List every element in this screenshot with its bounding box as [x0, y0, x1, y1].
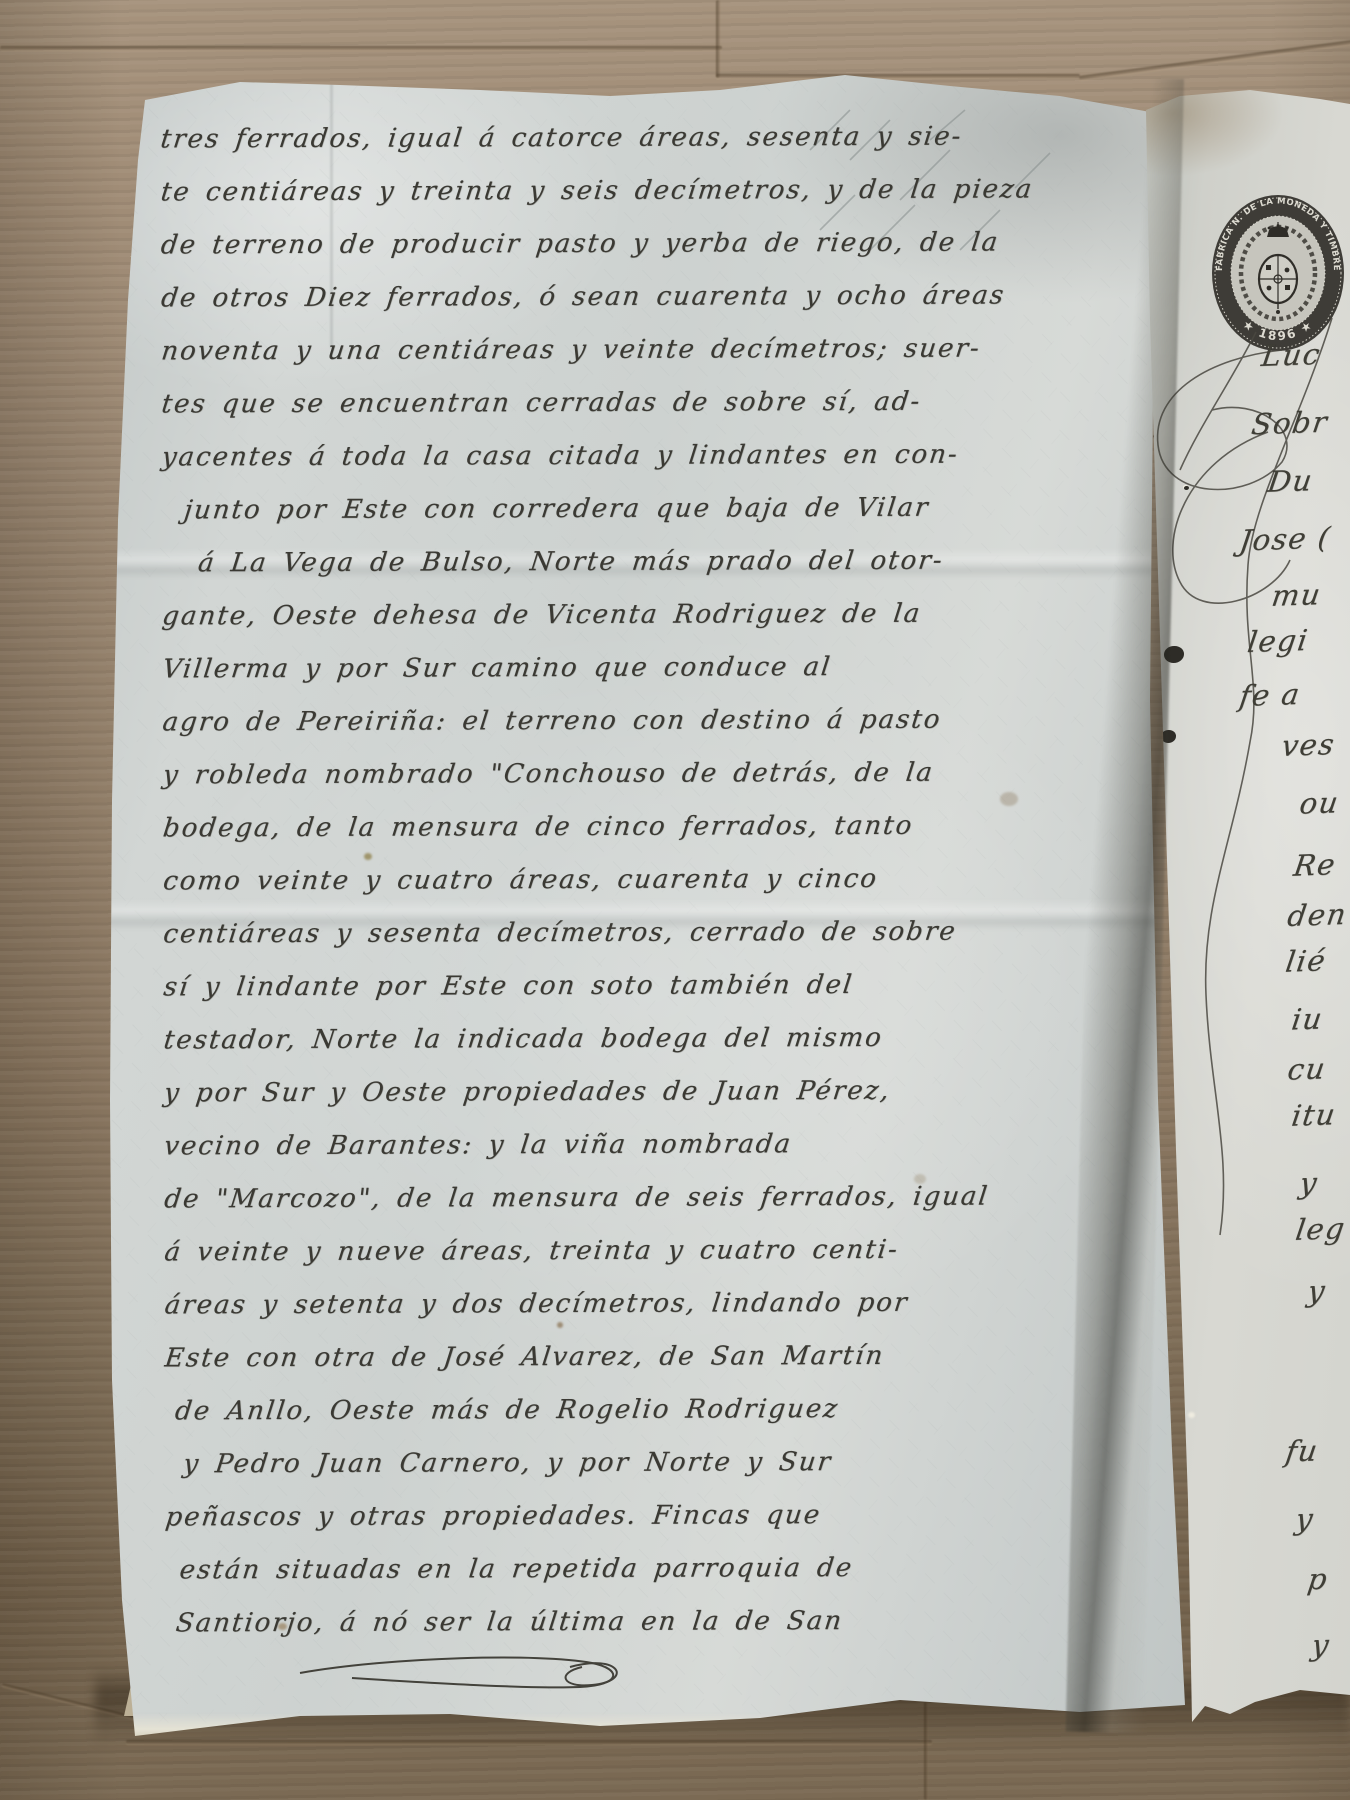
cardboard-seam-top-right: [716, 74, 1080, 78]
manuscript-line: noventa y una centiáreas y veinte decíme…: [158, 323, 984, 379]
manuscript-page: tres ferrados, igual á catorce áreas, se…: [110, 68, 1190, 1743]
manuscript-line: están situadas en la repetida parroquia …: [176, 1542, 988, 1598]
manuscript-line: tes que se encuentran cerradas de sobre …: [158, 376, 984, 432]
line-fragment: iu: [1290, 1001, 1326, 1036]
manuscript-line: á veinte y nueve áreas, treinta y cuatro…: [161, 1224, 987, 1280]
manuscript-line: de terreno de producir pasto y yerba de …: [158, 217, 984, 273]
line-fragment: fu: [1284, 1433, 1321, 1468]
paper-stain: [1000, 792, 1018, 806]
cardboard-seam-top-left: [0, 46, 722, 50]
manuscript-line: centiáreas y sesenta decímetros, cerrado…: [160, 906, 986, 962]
manuscript-line: vecino de Barantes: y la viña nombrada: [161, 1118, 987, 1174]
manuscript-line: agro de Pereiriña: el terreno con destin…: [160, 694, 986, 750]
line-fragment: Du: [1265, 463, 1315, 499]
manuscript-line: Este con otra de José Alvarez, de San Ma…: [162, 1330, 988, 1386]
line-fragment: cu: [1285, 1051, 1328, 1086]
manuscript-line: yacentes á toda la casa citada y lindant…: [159, 429, 985, 485]
manuscript-line: bodega, de la mensura de cinco ferrados,…: [160, 800, 986, 856]
manuscript-line: testador, Norte la indicada bodega del m…: [161, 1012, 987, 1068]
manuscript-line: de "Marcozo", de la mensura de seis ferr…: [161, 1171, 987, 1227]
manuscript-line: de Anllo, Oeste más de Rogelio Rodriguez: [172, 1383, 988, 1439]
line-fragment: Jose (: [1237, 520, 1333, 557]
pen-flourish-underline: [270, 1635, 670, 1715]
manuscript-line: de otros Diez ferrados, ó sean cuarenta …: [158, 270, 984, 326]
manuscript-line: y por Sur y Oeste propiedades de Juan Pé…: [161, 1065, 987, 1121]
manuscript-line: y Pedro Juan Carnero, y por Norte y Sur: [180, 1436, 988, 1492]
line-fragment: fe a: [1237, 677, 1303, 713]
line-fragment: Sobr: [1249, 405, 1330, 442]
manuscript-text-block: tres ferrados, igual á catorce áreas, se…: [157, 111, 982, 1651]
line-fragment: mu: [1269, 577, 1323, 613]
manuscript-line: como veinte y cuatro áreas, cuarenta y c…: [160, 853, 986, 909]
manuscript-line: te centiáreas y treinta y seis decímetro…: [158, 164, 984, 220]
line-fragment: ou: [1297, 785, 1341, 820]
manuscript-line: áreas y setenta y dos decímetros, lindan…: [162, 1277, 988, 1333]
manuscript-line: sí y lindante por Este con soto también …: [160, 959, 986, 1015]
line-fragment: y: [1306, 1274, 1329, 1309]
line-fragment: y: [1294, 1502, 1317, 1537]
manuscript-line: y robleda nombrado "Conchouso de detrás,…: [160, 747, 986, 803]
line-fragment: den: [1285, 897, 1349, 933]
line-fragment: ves: [1279, 727, 1337, 763]
manuscript-line: tres ferrados, igual á catorce áreas, se…: [158, 111, 984, 167]
line-fragment: Re: [1291, 847, 1338, 882]
line-fragment: lié: [1283, 943, 1328, 978]
manuscript-line: junto por Este con corredera que baja de…: [181, 482, 985, 538]
manuscript-line: Villerma y por Sur camino que conduce al: [159, 641, 985, 697]
cardboard-seam-top-vertical: [716, 0, 720, 78]
manuscript-line: peñascos y otras propiedades. Fincas que: [162, 1489, 988, 1545]
line-fragment: Luc: [1259, 337, 1323, 373]
line-fragment: leg: [1293, 1211, 1348, 1247]
line-fragment: p: [1306, 1562, 1331, 1597]
torn-speck: [1188, 1412, 1195, 1418]
manuscript-line: á La Vega de Bulso, Norte más prado del …: [195, 535, 985, 591]
line-fragment: legi: [1245, 623, 1310, 659]
line-fragment: itu: [1289, 1097, 1338, 1133]
manuscript-line: gante, Oeste dehesa de Vicenta Rodriguez…: [159, 588, 985, 644]
line-fragment: y: [1310, 1628, 1333, 1663]
